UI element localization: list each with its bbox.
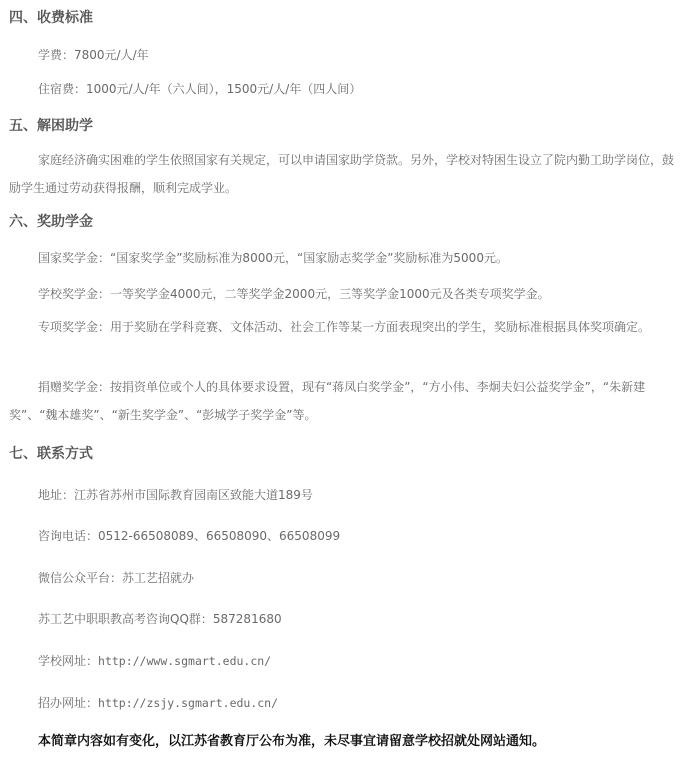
scholarships-heading: 六、奖助学金: [9, 214, 93, 230]
fees-heading: 四、收费标准: [9, 10, 93, 26]
admission-website: 招办网址：http://zsjy.sgmart.edu.cn/: [38, 695, 278, 711]
address-text: 地址：江苏省苏州市国际教育园南区致能大道189号: [38, 487, 313, 503]
school-scholarship-text: 学校奖学金：一等奖学金4000元，二等奖学金2000元，三等奖学金1000元及各…: [38, 286, 550, 302]
admission-website-label: 招办网址：: [38, 696, 98, 710]
lodging-text: 住宿费：1000元/人/年（六人间），1500元/人/年（四人间）: [38, 81, 361, 97]
qq-group-text: 苏工艺中职职教高考咨询QQ群：587281680: [38, 611, 282, 627]
aid-heading: 五、解困助学: [9, 118, 93, 134]
donated-scholarship-paragraph: 捐赠奖学金：按捐资单位或个人的具体要求设置，现有“蒋凤白奖学金”，“方小伟、李炯…: [9, 373, 685, 429]
tuition-text: 学费：7800元/人/年: [38, 47, 149, 63]
admission-website-url: http://zsjy.sgmart.edu.cn/: [98, 696, 278, 710]
school-website-label: 学校网址：: [38, 654, 98, 668]
special-scholarship-paragraph: 专项奖学金：用于奖励在学科竞赛、文体活动、社会工作等某一方面表现突出的学生，奖励…: [9, 313, 685, 341]
wechat-text: 微信公众平台：苏工艺招就办: [38, 570, 194, 586]
contact-heading: 七、联系方式: [9, 446, 93, 462]
phone-text: 咨询电话：0512-66508089、66508090、66508099: [38, 528, 340, 544]
national-scholarship-text: 国家奖学金：“国家奖学金”奖励标准为8000元，“国家励志奖学金”奖励标准为50…: [38, 250, 508, 266]
aid-paragraph: 家庭经济确实困难的学生依照国家有关规定，可以申请国家助学贷款。另外，学校对特困生…: [9, 146, 685, 202]
footer-note: 本简章内容如有变化，以江苏省教育厅公布为准，未尽事宜请留意学校招就处网站通知。: [38, 734, 545, 750]
school-website: 学校网址：http://www.sgmart.edu.cn/: [38, 653, 271, 669]
school-website-url: http://www.sgmart.edu.cn/: [98, 654, 271, 668]
